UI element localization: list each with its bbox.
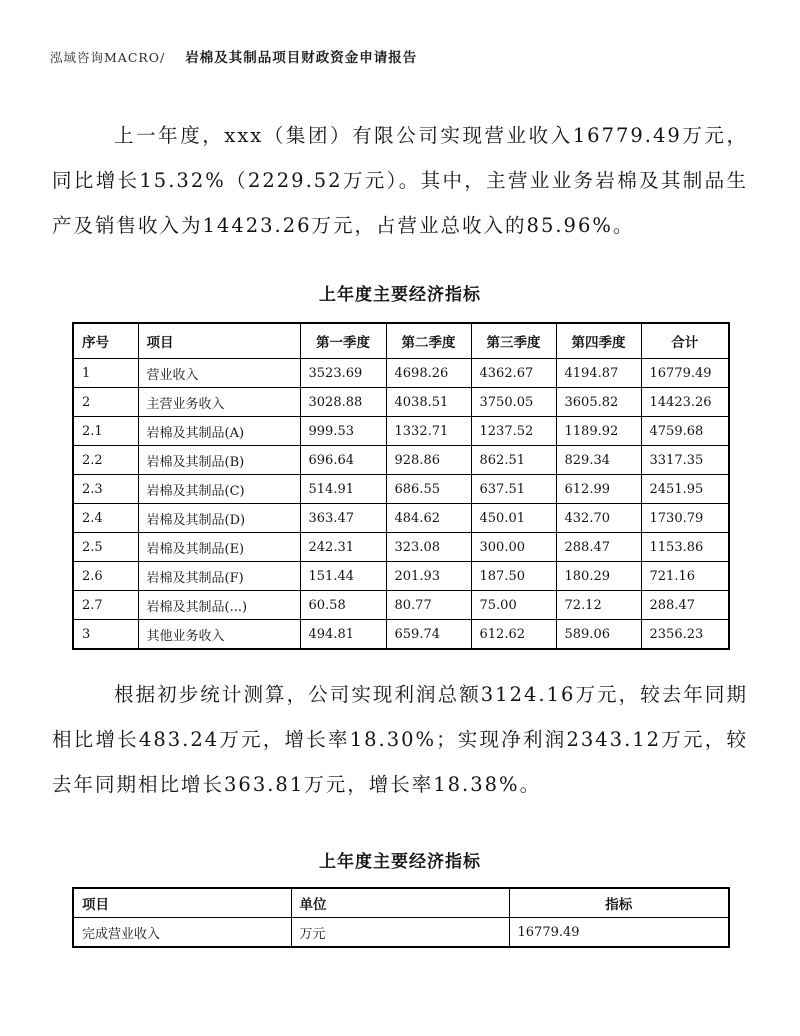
table-row: 2.3岩棉及其制品(C)514.91686.55637.51612.992451… (73, 475, 729, 504)
table-cell: 3028.88 (300, 388, 386, 417)
table-cell: 岩棉及其制品(B) (138, 446, 300, 475)
table-cell: 242.31 (300, 533, 386, 562)
column-header-index: 序号 (73, 323, 138, 359)
table-cell: 72.12 (556, 591, 641, 620)
table1-title: 上年度主要经济指标 (0, 280, 800, 305)
table-cell: 2.5 (73, 533, 138, 562)
table-row: 2主营业务收入3028.884038.513750.053605.8214423… (73, 388, 729, 417)
table-cell: 2.3 (73, 475, 138, 504)
table-cell: 3 (73, 620, 138, 650)
table-cell: 3523.69 (300, 359, 386, 388)
table-cell: 829.34 (556, 446, 641, 475)
page-header: 泓域咨询MACRO/岩棉及其制品项目财政资金申请报告 (50, 46, 417, 66)
table-cell: 1189.92 (556, 417, 641, 446)
table-header-row: 序号 项目 第一季度 第二季度 第三季度 第四季度 合计 (73, 323, 729, 359)
table-cell: 75.00 (471, 591, 556, 620)
table-cell: 180.29 (556, 562, 641, 591)
table-cell: 岩棉及其制品(...) (138, 591, 300, 620)
table-cell: 岩棉及其制品(F) (138, 562, 300, 591)
table-cell: 3750.05 (471, 388, 556, 417)
table-cell: 612.99 (556, 475, 641, 504)
table-cell: 岩棉及其制品(E) (138, 533, 300, 562)
table-cell: 营业收入 (138, 359, 300, 388)
column-header-unit: 单位 (291, 888, 509, 918)
table-cell: 岩棉及其制品(A) (138, 417, 300, 446)
table-body: 完成营业收入万元16779.49 (73, 918, 729, 948)
table-cell: 288.47 (641, 591, 729, 620)
table-cell: 4759.68 (641, 417, 729, 446)
table-cell: 928.86 (386, 446, 471, 475)
table-cell: 60.58 (300, 591, 386, 620)
table-row: 完成营业收入万元16779.49 (73, 918, 729, 948)
table-cell: 484.62 (386, 504, 471, 533)
table-cell: 1 (73, 359, 138, 388)
summary-indicators-table: 项目 单位 指标 完成营业收入万元16779.49 (72, 887, 730, 948)
table-cell: 4362.67 (471, 359, 556, 388)
table-cell: 288.47 (556, 533, 641, 562)
table-cell: 494.81 (300, 620, 386, 650)
table-cell: 1153.86 (641, 533, 729, 562)
table-cell: 432.70 (556, 504, 641, 533)
table-cell: 363.47 (300, 504, 386, 533)
table2-title: 上年度主要经济指标 (0, 847, 800, 872)
column-header-item: 项目 (138, 323, 300, 359)
table-cell: 323.08 (386, 533, 471, 562)
column-header-q3: 第三季度 (471, 323, 556, 359)
paragraph-profit: 根据初步统计测算，公司实现利润总额3124.16万元，较去年同期相比增长483.… (52, 672, 748, 807)
table-cell: 514.91 (300, 475, 386, 504)
table-cell: 589.06 (556, 620, 641, 650)
table-cell: 450.01 (471, 504, 556, 533)
table-cell: 3605.82 (556, 388, 641, 417)
table-cell: 2 (73, 388, 138, 417)
column-header-indicator: 指标 (509, 888, 729, 918)
table-cell: 999.53 (300, 417, 386, 446)
table-cell: 完成营业收入 (73, 918, 291, 948)
table-cell: 岩棉及其制品(C) (138, 475, 300, 504)
table-cell: 2.4 (73, 504, 138, 533)
table-cell: 862.51 (471, 446, 556, 475)
table-cell: 187.50 (471, 562, 556, 591)
column-header-item: 项目 (73, 888, 291, 918)
table-row: 2.6岩棉及其制品(F)151.44201.93187.50180.29721.… (73, 562, 729, 591)
table-cell: 637.51 (471, 475, 556, 504)
table-cell: 686.55 (386, 475, 471, 504)
column-header-q1: 第一季度 (300, 323, 386, 359)
table-cell: 696.64 (300, 446, 386, 475)
table-cell: 721.16 (641, 562, 729, 591)
column-header-q4: 第四季度 (556, 323, 641, 359)
table-cell: 151.44 (300, 562, 386, 591)
table-row: 2.4岩棉及其制品(D)363.47484.62450.01432.701730… (73, 504, 729, 533)
table-cell: 岩棉及其制品(D) (138, 504, 300, 533)
table-cell: 659.74 (386, 620, 471, 650)
table-cell: 其他业务收入 (138, 620, 300, 650)
table-cell: 4194.87 (556, 359, 641, 388)
table-cell: 2.1 (73, 417, 138, 446)
table-cell: 1332.71 (386, 417, 471, 446)
table-cell: 16779.49 (509, 918, 729, 948)
table-cell: 4038.51 (386, 388, 471, 417)
table-cell: 80.77 (386, 591, 471, 620)
table-cell: 2.6 (73, 562, 138, 591)
table-cell: 14423.26 (641, 388, 729, 417)
table-cell: 1730.79 (641, 504, 729, 533)
table-row: 2.2岩棉及其制品(B)696.64928.86862.51829.343317… (73, 446, 729, 475)
table-body: 1营业收入3523.694698.264362.674194.8716779.4… (73, 359, 729, 650)
table-cell: 300.00 (471, 533, 556, 562)
table-cell: 3317.35 (641, 446, 729, 475)
table-cell: 主营业务收入 (138, 388, 300, 417)
table-row: 2.5岩棉及其制品(E)242.31323.08300.00288.471153… (73, 533, 729, 562)
column-header-q2: 第二季度 (386, 323, 471, 359)
table-cell: 2451.95 (641, 475, 729, 504)
table-cell: 16779.49 (641, 359, 729, 388)
table-cell: 2.7 (73, 591, 138, 620)
table-cell: 2356.23 (641, 620, 729, 650)
document-title: 岩棉及其制品项目财政资金申请报告 (185, 50, 417, 66)
table-cell: 万元 (291, 918, 509, 948)
column-header-total: 合计 (641, 323, 729, 359)
economic-indicators-table: 序号 项目 第一季度 第二季度 第三季度 第四季度 合计 1营业收入3523.6… (72, 322, 730, 650)
table-row: 1营业收入3523.694698.264362.674194.8716779.4… (73, 359, 729, 388)
table-cell: 1237.52 (471, 417, 556, 446)
table-cell: 2.2 (73, 446, 138, 475)
table-row: 2.7岩棉及其制品(...)60.5880.7775.0072.12288.47 (73, 591, 729, 620)
table-header-row: 项目 单位 指标 (73, 888, 729, 918)
table-cell: 612.62 (471, 620, 556, 650)
table-cell: 201.93 (386, 562, 471, 591)
table-row: 3其他业务收入494.81659.74612.62589.062356.23 (73, 620, 729, 650)
table-cell: 4698.26 (386, 359, 471, 388)
document-page: 泓域咨询MACRO/岩棉及其制品项目财政资金申请报告 上一年度，xxx（集团）有… (0, 0, 800, 1036)
table-row: 2.1岩棉及其制品(A)999.531332.711237.521189.924… (73, 417, 729, 446)
brand-text: 泓域咨询MACRO/ (50, 50, 165, 65)
paragraph-revenue: 上一年度，xxx（集团）有限公司实现营业收入16779.49万元，同比增长15.… (52, 113, 748, 248)
